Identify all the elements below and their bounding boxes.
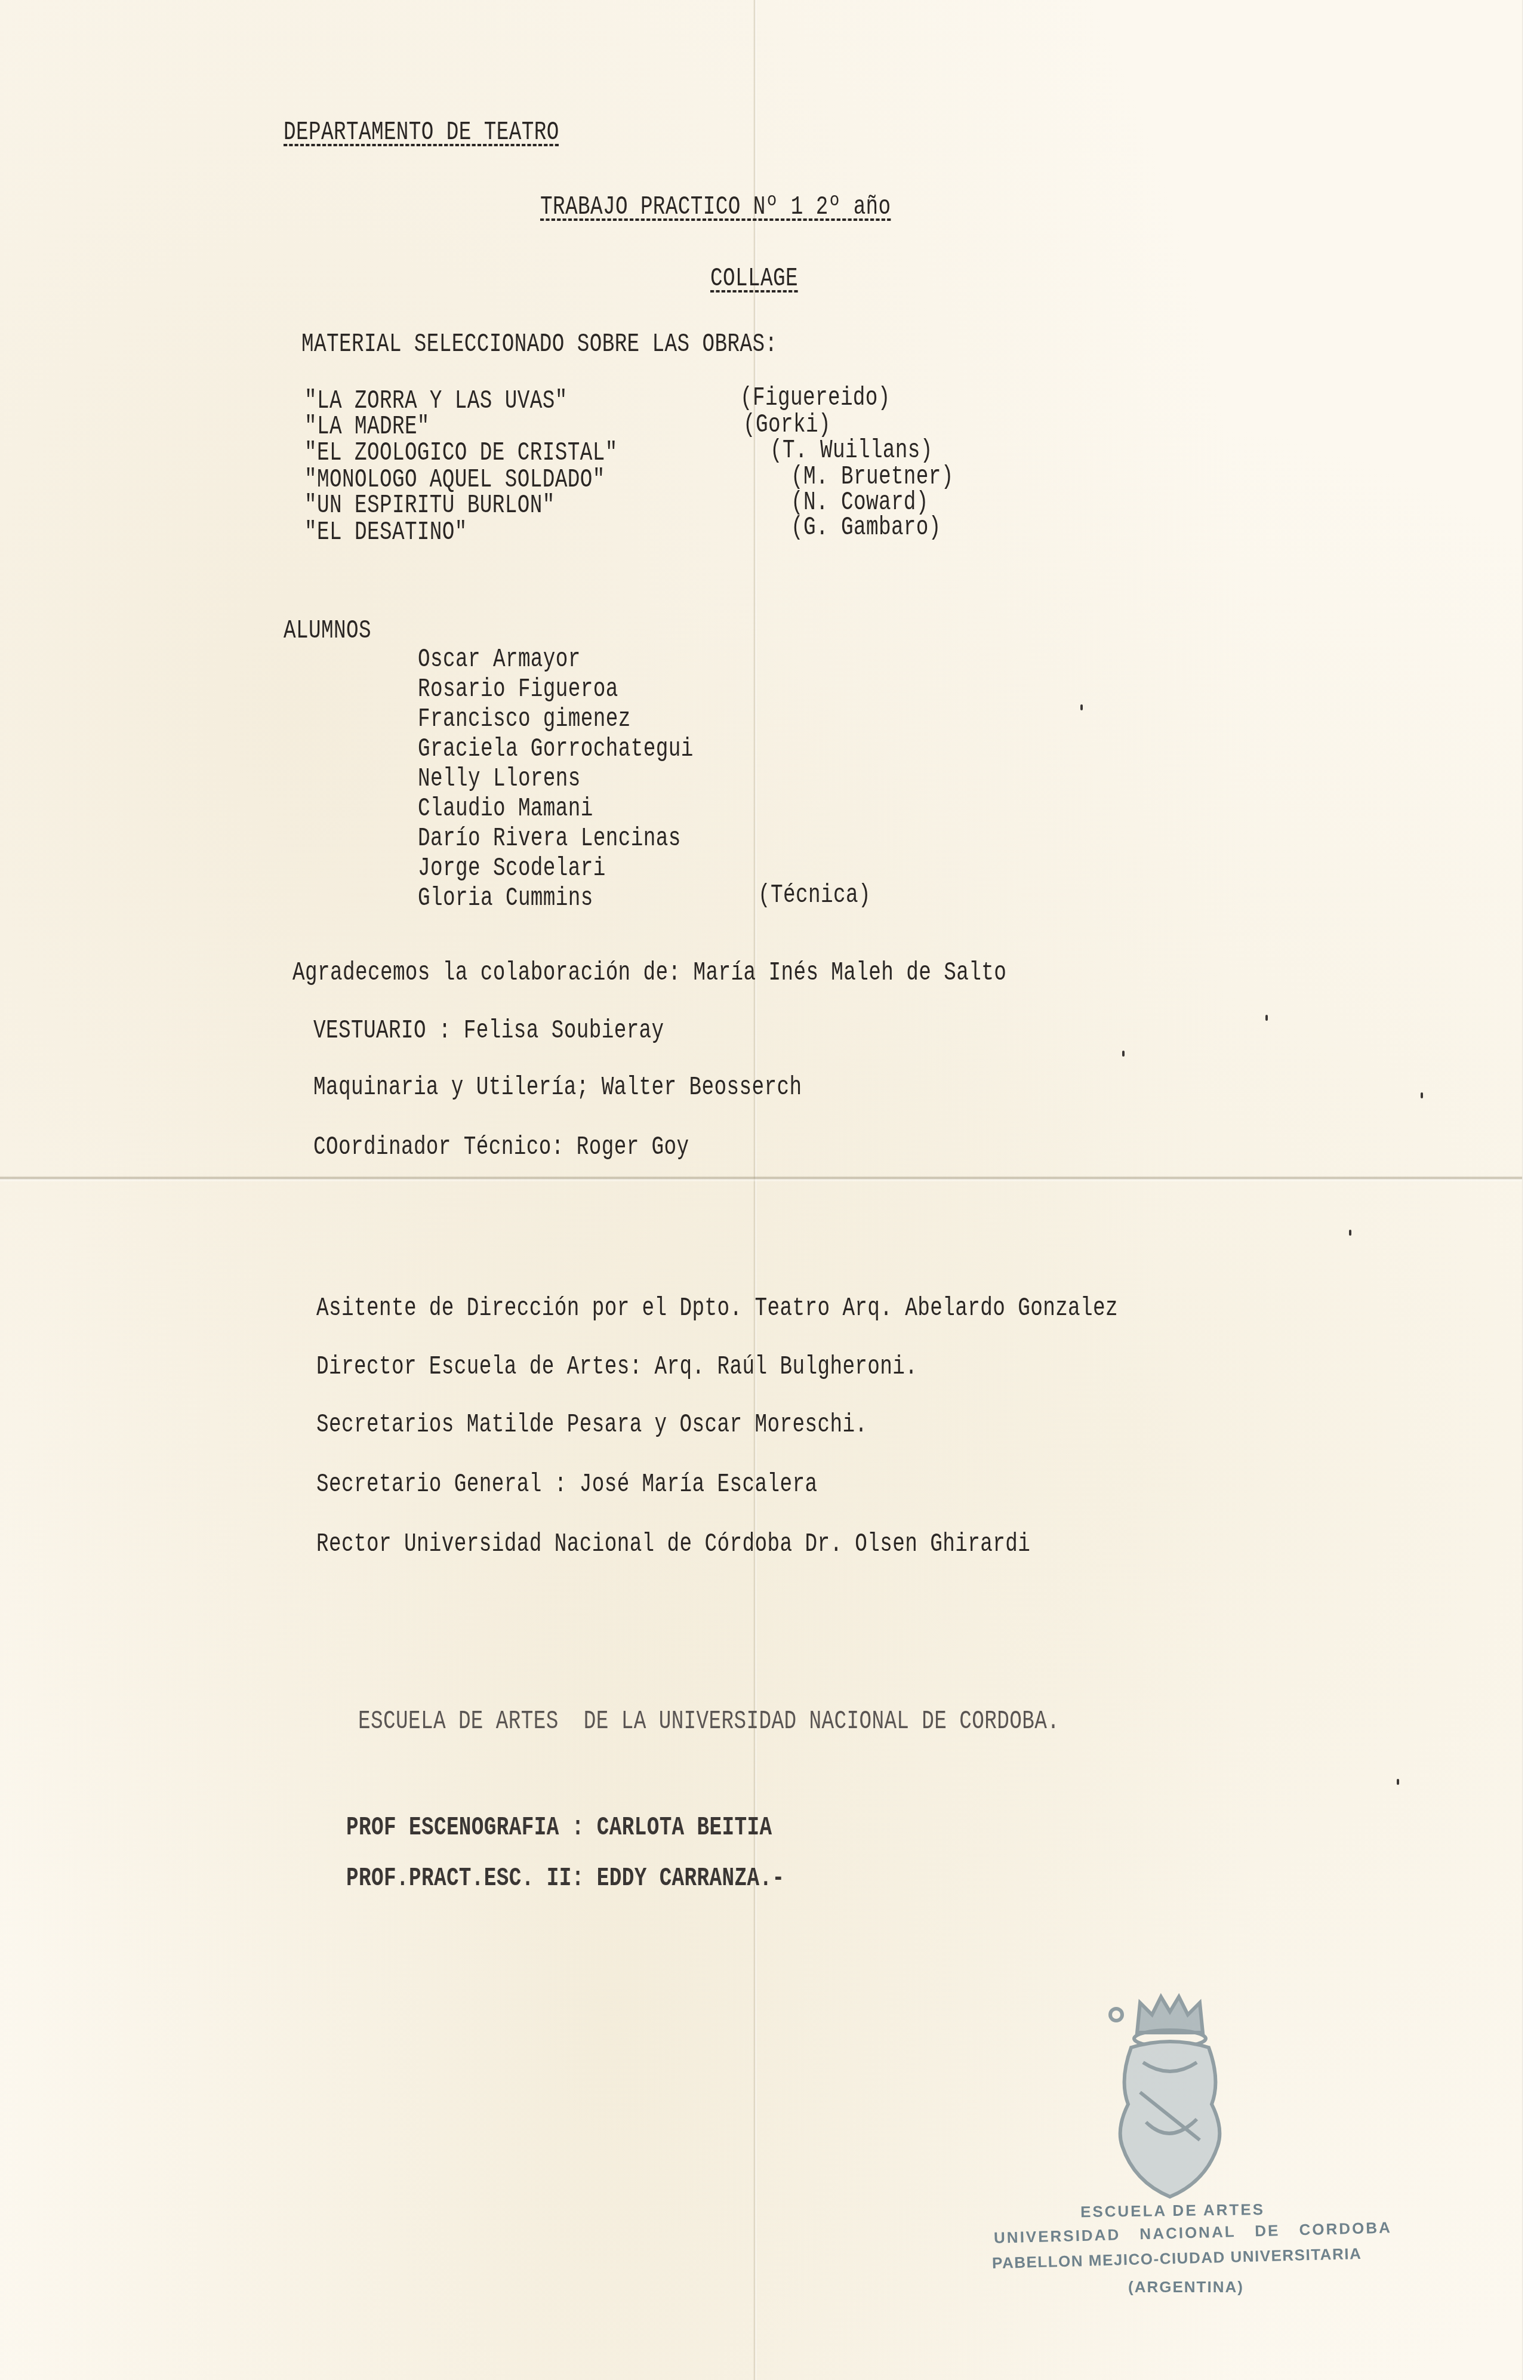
work-title: "UN ESPIRITU BURLON" [304, 492, 555, 519]
student-name: Claudio Mamani [418, 796, 593, 822]
credit-line: COordinador Técnico: Roger Goy [313, 1134, 689, 1160]
students-heading: ALUMNOS [284, 618, 371, 644]
credit-line: VESTUARIO : Felisa Soubieray [313, 1018, 664, 1044]
staff-line: Director Escuela de Artes: Arq. Raúl Bul… [316, 1354, 917, 1380]
student-name: Oscar Armayor [418, 646, 581, 673]
student-name: Francisco gimenez [418, 706, 631, 732]
paper-edge [1522, 0, 1540, 2380]
stamp-line: (ARGENTINA) [1128, 2279, 1244, 2295]
material-heading: MATERIAL SELECCIONADO SOBRE LAS OBRAS: [301, 331, 777, 358]
stamp-line: ESCUELA DE ARTES [1080, 2202, 1265, 2219]
work-author: (M. Bruetner) [791, 464, 954, 490]
credit-line: Maquinaria y Utilería; Walter Beosserch [313, 1074, 802, 1101]
work-author: (Figuereido) [740, 385, 891, 411]
student-name: Rosario Figueroa [418, 676, 618, 703]
work-title: "LA MADRE" [304, 414, 430, 440]
department-heading: DEPARTAMENTO DE TEATRO [284, 119, 559, 146]
work-author: (N. Coward) [791, 489, 929, 516]
work-title: "EL DESATINO" [304, 519, 467, 546]
staff-line: Secretarios Matilde Pesara y Oscar Mores… [316, 1412, 867, 1438]
ink-speck [1421, 1092, 1423, 1098]
student-name: Gloria Cummins [418, 885, 593, 912]
staff-line: Rector Universidad Nacional de Córdoba D… [316, 1531, 1030, 1557]
work-author: (T. Wuillans) [770, 438, 933, 464]
student-name: Darío Rivera Lencinas [418, 826, 681, 852]
school-name: ESCUELA DE ARTES DE LA UNIVERSIDAD NACIO… [358, 1708, 1059, 1735]
ink-speck [1349, 1230, 1351, 1236]
staff-line: Asitente de Dirección por el Dpto. Teatr… [316, 1295, 1118, 1322]
student-name: Graciela Gorrochategui [418, 736, 694, 762]
ink-speck [1397, 1779, 1399, 1785]
work-author: (G. Gambaro) [791, 515, 941, 541]
assignment-title: TRABAJO PRACTICO Nº 1 2º año [540, 194, 891, 220]
work-title: "LA ZORRA Y LAS UVAS" [304, 388, 568, 414]
work-author: (Gorki) [743, 412, 831, 438]
technical-note: (Técnica) [758, 882, 871, 909]
student-name: Jorge Scodelari [418, 855, 606, 882]
work-title: "MONOLOGO AQUEL SOLDADO" [304, 467, 605, 493]
university-crest-icon [1107, 1991, 1233, 2200]
document-title: COLLAGE [710, 266, 798, 292]
student-name: Nelly Llorens [418, 766, 581, 792]
staff-line: Secretario General : José María Escalera [316, 1471, 817, 1498]
ink-speck [1122, 1051, 1125, 1057]
credit-line: Agradecemos la colaboración de: María In… [292, 960, 1006, 986]
professor-line: PROF.PRACT.ESC. II: EDDY CARRANZA.- [346, 1865, 784, 1892]
ink-speck [1080, 704, 1083, 710]
horizontal-fold-crease [0, 1176, 1522, 1182]
work-title: "EL ZOOLOGICO DE CRISTAL" [304, 440, 618, 466]
professor-line: PROF ESCENOGRAFIA : CARLOTA BEITIA [346, 1815, 772, 1841]
ink-speck [1265, 1015, 1268, 1021]
